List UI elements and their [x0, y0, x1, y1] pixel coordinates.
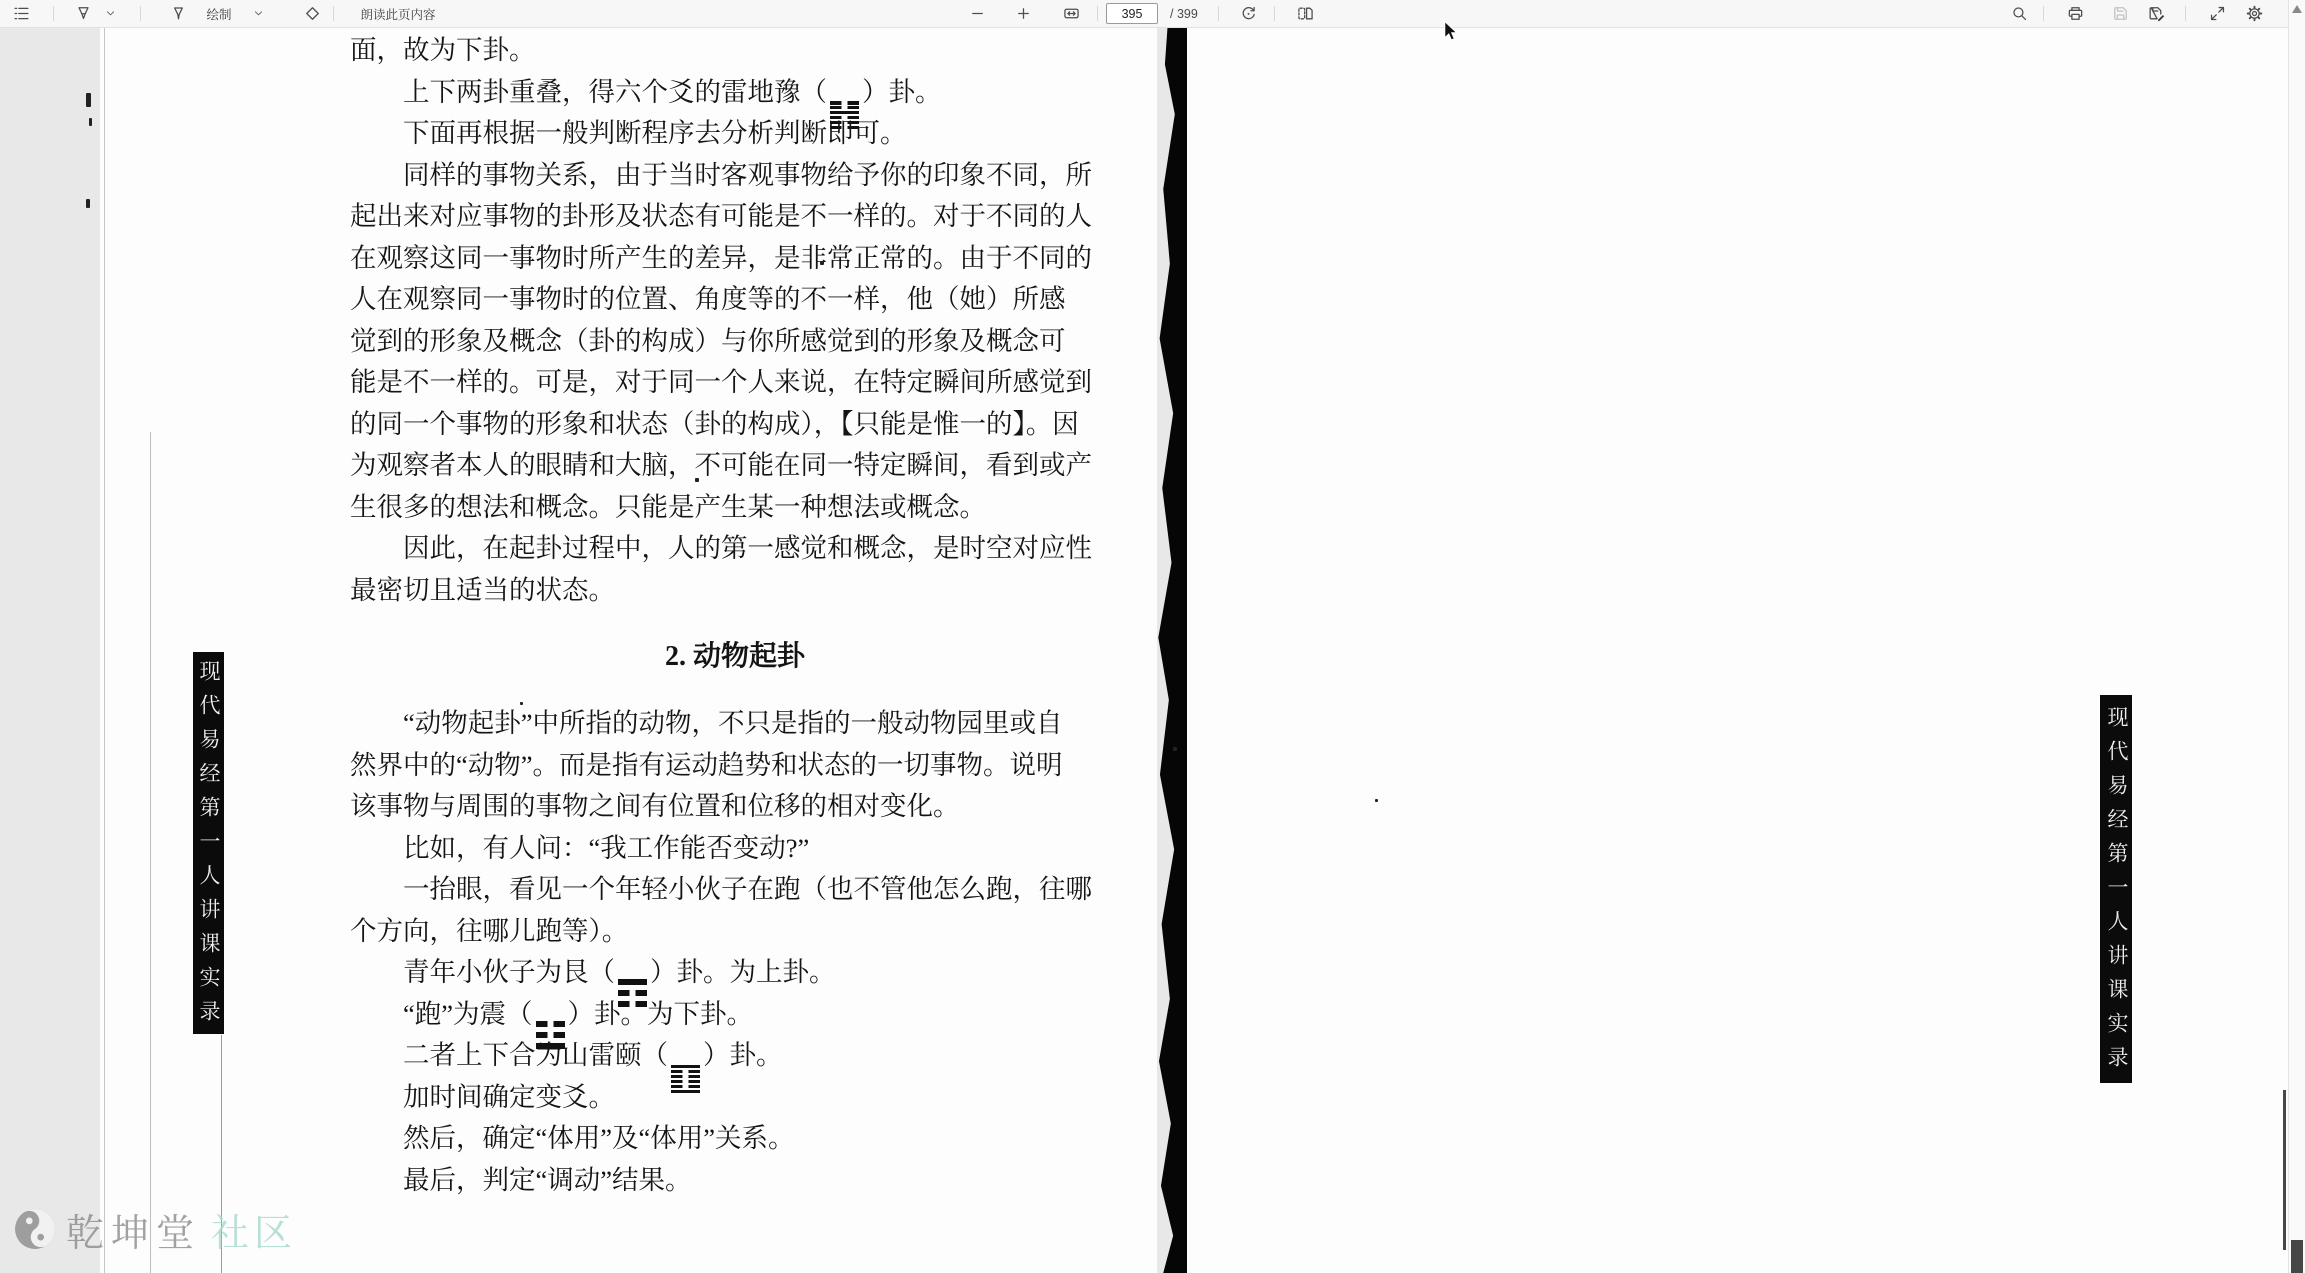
fullscreen-button[interactable] — [2203, 0, 2231, 27]
text-line: 上下两卦重叠，得六个爻的雷地豫（）卦。 — [350, 72, 1150, 114]
scan-edge-line — [150, 432, 151, 1273]
settings-gear-icon — [2246, 5, 2263, 22]
scan-speck — [86, 199, 90, 208]
zoom-in-icon — [1015, 5, 1032, 22]
divider — [2043, 6, 2044, 21]
divider — [2185, 6, 2186, 21]
divider — [1274, 6, 1275, 21]
toc-menu-icon — [13, 5, 30, 22]
print-icon — [2067, 5, 2084, 22]
divider — [1097, 6, 1098, 21]
zoom-out-button[interactable] — [963, 0, 991, 27]
scrollbar-up-arrow[interactable] — [2292, 5, 2302, 13]
left-page: 面，故为下卦。上下两卦重叠，得六个爻的雷地豫（）卦。下面再根据一般判断程序去分析… — [100, 27, 1157, 1273]
highlighter-pen-icon — [75, 5, 92, 22]
two-page-view-icon — [1297, 5, 1314, 22]
save-button[interactable] — [2106, 0, 2134, 27]
banner-text: 现代易经第一人讲课实录 — [2100, 706, 2132, 1080]
text-line: 比如，有人问：“我工作能否变动?” — [350, 828, 1150, 870]
scan-speck — [86, 93, 91, 107]
text-line: “动物起卦”中所指的动物，不只是指的一般动物园里或自 — [350, 703, 1150, 745]
scrollbar-thumb[interactable] — [2291, 1240, 2303, 1273]
scan-speck — [820, 261, 824, 265]
pdf-viewer-window: 绘制 朗读此页内容 / 399 — [0, 0, 2305, 1273]
search-icon — [2011, 5, 2028, 22]
eraser-icon — [304, 5, 321, 22]
watermark: 乾坤堂 社区 — [14, 1205, 297, 1253]
read-aloud-label: 朗读此页内容 — [360, 5, 435, 23]
text-line: 的同一个事物的形象和状态（卦的构成），【只能是惟一的】。因 — [350, 404, 1150, 446]
right-page: 又比如，同样是问：“工作是否能调动?”此时正遇刮风。风将尘土吹起来。即第一概念是… — [1187, 27, 2288, 1273]
toc-menu-button[interactable] — [8, 0, 34, 27]
book-gutter-shadow — [1155, 27, 1188, 1273]
divider — [140, 6, 141, 21]
draw-pen-icon — [170, 5, 187, 22]
draw-label-text: 绘制 — [206, 5, 231, 23]
text-line: 同样的事物关系，由于当时客观事物给予你的印象不同，所 — [350, 155, 1150, 197]
text-line: 然界中的“动物”。而是指有运动趋势和状态的一切事物。说明 — [350, 745, 1150, 787]
fullscreen-icon — [2209, 5, 2226, 22]
text-line: 最后，判定“调动”结果。 — [350, 1160, 1150, 1202]
text-line: “跑”为震（）卦。为下卦。 — [350, 994, 1150, 1036]
text-line: 人在观察同一事物时的位置、角度等的不一样，他（她）所感 — [350, 279, 1150, 321]
text-line: 因此，在起卦过程中，人的第一感觉和概念，是时空对应性 — [350, 528, 1150, 570]
fit-to-width-button[interactable] — [1056, 0, 1086, 27]
watermark-suffix: 社区 — [211, 1202, 297, 1257]
highlight-button[interactable] — [70, 0, 96, 27]
text-line: 能是不一样的。可是，对于同一个人来说，在特定瞬间所感觉到 — [350, 362, 1150, 404]
banner-text: 现代易经第一人讲课实录 — [193, 660, 224, 1034]
left-text-block-2: “动物起卦”中所指的动物，不只是指的一般动物园里或自然界中的“动物”。而是指有运… — [350, 703, 1150, 1201]
text-line: 面，故为下卦。 — [350, 30, 1150, 72]
hexagram-symbol — [671, 1065, 700, 1093]
text-line: 一抬眼，看见一个年轻小伙子在跑（也不管他怎么跑，往哪 — [350, 869, 1150, 911]
text-line: 青年小伙子为艮（）卦。为上卦。 — [350, 952, 1150, 994]
fit-to-width-icon — [1063, 5, 1080, 22]
left-page-text: 面，故为下卦。上下两卦重叠，得六个爻的雷地豫（）卦。下面再根据一般判断程序去分析… — [350, 30, 1150, 1201]
zoom-out-icon — [969, 5, 986, 22]
rotate-icon — [1240, 5, 1257, 22]
scan-speck — [520, 702, 523, 705]
page-number-input[interactable] — [1106, 3, 1158, 24]
text-line: 起出来对应事物的卦形及状态有可能是不一样的。对于不同的人 — [350, 196, 1150, 238]
save-as-icon — [2148, 5, 2165, 22]
zoom-in-button[interactable] — [1009, 0, 1037, 27]
mouse-cursor — [1443, 20, 1460, 48]
draw-button[interactable] — [165, 0, 191, 27]
scan-speck — [1173, 747, 1177, 751]
divider — [53, 6, 54, 21]
scan-speck — [1375, 799, 1378, 802]
text-line: 生很多的想法和概念。只能是产生某一种想法或概念。 — [350, 487, 1150, 529]
highlight-dropdown-button[interactable] — [100, 0, 120, 27]
scan-speck — [695, 478, 699, 482]
page-view-button[interactable] — [1290, 0, 1320, 27]
scan-edge-line — [104, 27, 105, 1273]
watermark-brand: 乾坤堂 — [66, 1202, 201, 1257]
settings-button[interactable] — [2240, 0, 2268, 27]
eraser-button[interactable] — [298, 0, 326, 27]
print-button[interactable] — [2061, 0, 2089, 27]
draw-dropdown-button[interactable] — [248, 0, 268, 27]
left-side-banner: 现代易经第一人讲课实录 — [193, 652, 224, 1034]
left-text-block-1: 面，故为下卦。上下两卦重叠，得六个爻的雷地豫（）卦。下面再根据一般判断程序去分析… — [350, 30, 1150, 611]
text-line: 最密切且适当的状态。 — [350, 570, 1150, 612]
right-side-banner: 现代易经第一人讲课实录 — [2100, 695, 2132, 1083]
search-button[interactable] — [2005, 0, 2033, 27]
text-line: 觉到的形象及概念（卦的构成）与你所感觉到的形象及概念可 — [350, 321, 1150, 363]
pdf-page-area: 面，故为下卦。上下两卦重叠，得六个爻的雷地豫（）卦。下面再根据一般判断程序去分析… — [0, 27, 2305, 1273]
page-total-label: / 399 — [1170, 0, 1198, 27]
chevron-down-icon — [253, 8, 264, 19]
text-line: 下面再根据一般判断程序去分析判断即可。 — [350, 113, 1150, 155]
yin-yang-icon — [14, 1208, 56, 1250]
chevron-down-icon — [105, 8, 116, 19]
scan-speck — [89, 118, 92, 126]
section-heading: 2. 动物起卦 — [350, 635, 1120, 679]
page-total-text: / 399 — [1170, 7, 1198, 21]
text-line: 然后，确定“体用”及“体用”关系。 — [350, 1118, 1150, 1160]
text-line: 为观察者本人的眼睛和大脑，不可能在同一特定瞬间，看到或产 — [350, 445, 1150, 487]
text-line: 个方向，往哪儿跑等）。 — [350, 911, 1150, 953]
read-aloud-button[interactable]: 朗读此页内容 — [348, 0, 448, 27]
text-line: 加时间确定变爻。 — [350, 1077, 1150, 1119]
text-line: 该事物与周围的事物之间有位置和位移的相对变化。 — [350, 786, 1150, 828]
divider — [333, 6, 334, 21]
scan-edge-line — [2283, 1090, 2286, 1250]
divider — [1218, 6, 1219, 21]
save-icon — [2112, 5, 2129, 22]
pdf-toolbar: 绘制 朗读此页内容 / 399 — [0, 0, 2305, 28]
cursor-arrow-icon — [1443, 20, 1460, 43]
text-line: 在观察这同一事物时所产生的差异，是非常正常的。由于不同的 — [350, 238, 1150, 280]
save-as-button[interactable] — [2141, 0, 2171, 27]
vertical-scrollbar[interactable] — [2288, 0, 2305, 1273]
text-line: 二者上下合为山雷颐（）卦。 — [350, 1035, 1150, 1077]
draw-label[interactable]: 绘制 — [194, 0, 244, 27]
rotate-button[interactable] — [1234, 0, 1262, 27]
